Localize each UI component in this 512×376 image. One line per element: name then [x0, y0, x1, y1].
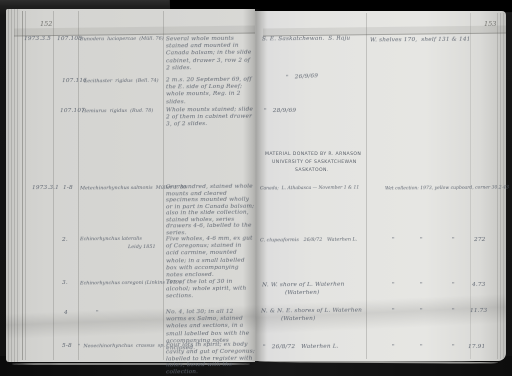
entry-description: Whole mounts stained; slide 2 of them in…: [166, 107, 254, 129]
entry-date: 1973.3.5: [24, 36, 51, 43]
donation-stamp-line: MATERIAL DONATED BY R. ARNASON: [265, 152, 361, 157]
ditto-mark: ": [420, 344, 423, 351]
entry-locality: C. clupeaformis 26/8/72 Waterhen L.: [260, 237, 357, 245]
entry-number: 1-8: [63, 185, 73, 192]
entry-description: Five wholes, 4-6 mm, ex gut of Coregonus…: [166, 236, 254, 280]
entry-number: 107.108: [57, 36, 82, 43]
right-page: 153 S. E. Saskatchewan. S. Raju W. shelv…: [255, 11, 506, 361]
entry-date: 1973.3.1: [32, 185, 59, 192]
folio-number-right: 153: [484, 20, 496, 28]
entry-reference: 17.91: [468, 344, 485, 351]
entry-locality: Canada; L. Athabasca — November 1 & 11: [260, 185, 359, 193]
entry-name: Lecithaster rigidus (Bell. 74): [84, 78, 159, 86]
entry-name-author: Leidy 1851: [128, 244, 156, 251]
margin-rule-inner: [25, 11, 26, 360]
binding-edge-stack: [6, 9, 20, 362]
donation-stamp-line: UNIVERSITY OF SASKATCHEWAN: [272, 160, 357, 165]
ditto-mark: ": [392, 344, 395, 351]
entry-reference: 11.73: [470, 308, 487, 315]
photo-background: 152 1973.3.5 107.108 Bunodera lucioperca…: [0, 0, 512, 376]
margin-rule: [22, 11, 23, 360]
ditto-mark: ": [420, 237, 423, 244]
ditto-mark: ": [452, 237, 455, 244]
entry-locality: S. E. Saskatchewan. S. Raju: [262, 36, 350, 44]
ditto-mark: ": [420, 282, 423, 289]
ditto-mark: ": [96, 310, 99, 317]
entry-description: Four lots in spirit; ex body cavity and …: [166, 342, 258, 376]
entry-reference: 4.73: [472, 282, 486, 289]
entry-description: Ten of the lot of 30 in alcohol; whole s…: [166, 279, 256, 301]
entry-locality: N. W. shore of L. Waterhen: [262, 282, 345, 290]
donation-stamp-line: SASKATOON.: [295, 168, 329, 173]
entry-number: 3.: [62, 280, 68, 287]
folio-number-left: 152: [40, 20, 52, 28]
entry-storage: Wet collection: 1973, yellow cupboard, c…: [385, 184, 509, 192]
entry-name: Echinorhynchus lateralis: [80, 236, 142, 244]
entry-name: " Neoechinorhynchus crassus sp.: [78, 343, 165, 351]
entry-locality: " 26/9/69: [286, 73, 319, 82]
left-page: 152 1973.3.5 107.108 Bunodera lucioperca…: [6, 9, 255, 362]
column-rule-number: [78, 11, 79, 360]
ditto-mark: ": [452, 308, 455, 315]
entry-description: 2 m.s. 20 September 69, off the E. side …: [166, 77, 254, 107]
ditto-mark: ": [452, 344, 455, 351]
entry-number: 5-8: [62, 343, 72, 350]
entry-description: Several whole mounts stained and mounted…: [166, 36, 254, 73]
entry-locality: " 26/8/72 Waterhen L.: [263, 344, 339, 352]
entry-number: 4: [64, 310, 68, 317]
ditto-mark: ": [392, 308, 395, 315]
entry-name: Hemiurus rigidus (Rud. 78): [82, 108, 153, 116]
ditto-mark: ": [420, 308, 423, 315]
entry-name: Bunodera luciopercae (Müll. 76): [80, 36, 164, 44]
entry-locality-2: (Waterhen): [281, 316, 315, 324]
ditto-mark: ": [392, 237, 395, 244]
entry-reference: 272: [474, 237, 486, 244]
entry-description: One hundred, stained whole mounts and cl…: [166, 184, 256, 237]
ditto-mark: ": [392, 282, 395, 289]
entry-locality: " 28/9/69: [264, 108, 296, 115]
ditto-mark: ": [452, 282, 455, 289]
entry-number: 2.: [62, 237, 68, 244]
entry-locality-2: (Waterhen): [285, 290, 319, 298]
entry-locality: N. & N. E. shores of L. Waterhen: [261, 308, 362, 316]
entry-storage: W. shelves 170, shelf 131 & 141: [370, 37, 471, 45]
